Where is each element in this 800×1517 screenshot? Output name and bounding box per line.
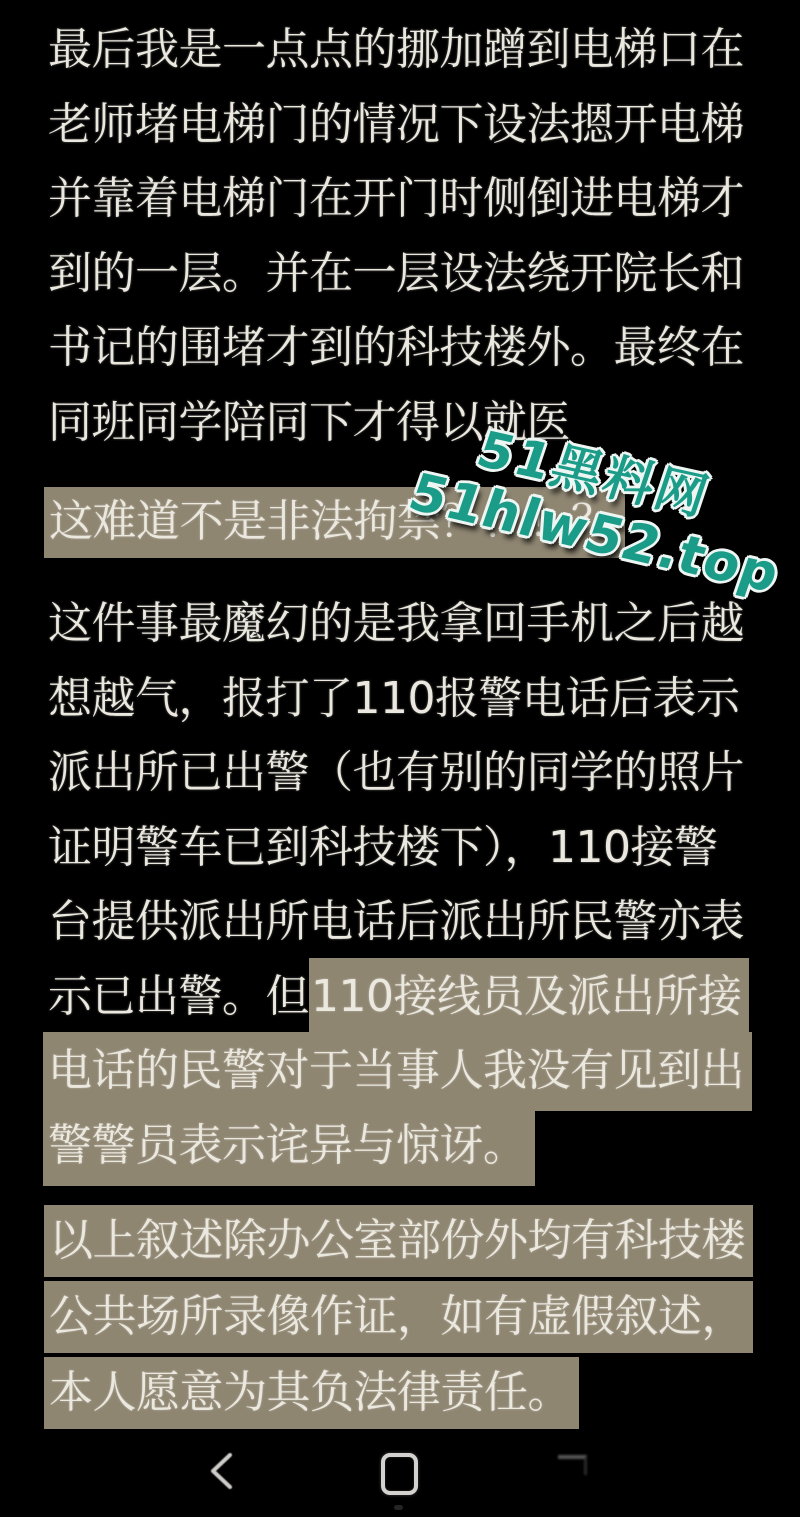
back-chevron-icon	[205, 1449, 239, 1493]
plain-segment: 示已出警。但	[48, 971, 309, 1022]
recents-button[interactable]	[550, 1445, 594, 1485]
highlighted-segment: 电话的民警对于当事人我没有见到出	[43, 1032, 752, 1111]
highlighted-text-line: 本人愿意为其负法律责任。	[44, 1357, 579, 1429]
text-line: 这件事最魔幻的是我拿回手机之后越	[48, 587, 752, 662]
paragraph-2: 这件事最魔幻的是我拿回手机之后越 想越气，报打了110报警电话后表示 派出所已出…	[48, 587, 752, 1183]
phone-screenshot-root: 最后我是一点点的挪加蹭到电梯口在 老师堵电梯门的情况下设法摁开电梯 并靠着电梯门…	[0, 0, 800, 1517]
paragraph-3: 以上叙述除办公室部份外均有科技楼 公共场所录像作证，如有虚假叙述， 本人愿意为其…	[44, 1205, 753, 1433]
text-line-mixed-highlight: 示已出警。但110接线员及派出所接	[48, 960, 752, 1035]
home-square-icon	[381, 1453, 418, 1495]
text-line: 老师堵电梯门的情况下设法摁开电梯	[48, 88, 744, 163]
text-line: 并靠着电梯门在开门时侧倒进电梯才	[48, 162, 744, 237]
highlighted-segment: 警警员表示诧异与惊讶。	[43, 1107, 535, 1186]
paragraph-1: 最后我是一点点的挪加蹭到电梯口在 老师堵电梯门的情况下设法摁开电梯 并靠着电梯门…	[48, 13, 744, 460]
highlighted-text-line: 公共场所录像作证，如有虚假叙述，	[44, 1281, 753, 1353]
text-line: 最后我是一点点的挪加蹭到电梯口在	[48, 13, 744, 88]
text-line: 派出所已出警（也有别的同学的照片	[48, 736, 752, 811]
text-line: 到的一层。并在一层设法绕开院长和	[48, 237, 744, 312]
screen-artifact-dot	[394, 1505, 403, 1510]
home-button[interactable]	[376, 1448, 422, 1496]
highlighted-segment: 110接线员及派出所接	[309, 958, 749, 1037]
highlighted-text-line: 警警员表示诧异与惊讶。	[48, 1109, 752, 1184]
highlighted-text-line: 以上叙述除办公室部份外均有科技楼	[44, 1205, 753, 1277]
recents-partial-icon	[558, 1455, 587, 1475]
highlighted-text-line: 电话的民警对于当事人我没有见到出	[48, 1034, 752, 1109]
back-button[interactable]	[200, 1448, 244, 1496]
text-line: 书记的围堵才到的科技楼外。最终在	[48, 311, 744, 386]
text-line: 证明警车已到科技楼下），110接警	[48, 811, 752, 886]
text-line: 台提供派出所电话后派出所民警亦表	[48, 885, 752, 960]
text-line: 想越气，报打了110报警电话后表示	[48, 662, 752, 737]
